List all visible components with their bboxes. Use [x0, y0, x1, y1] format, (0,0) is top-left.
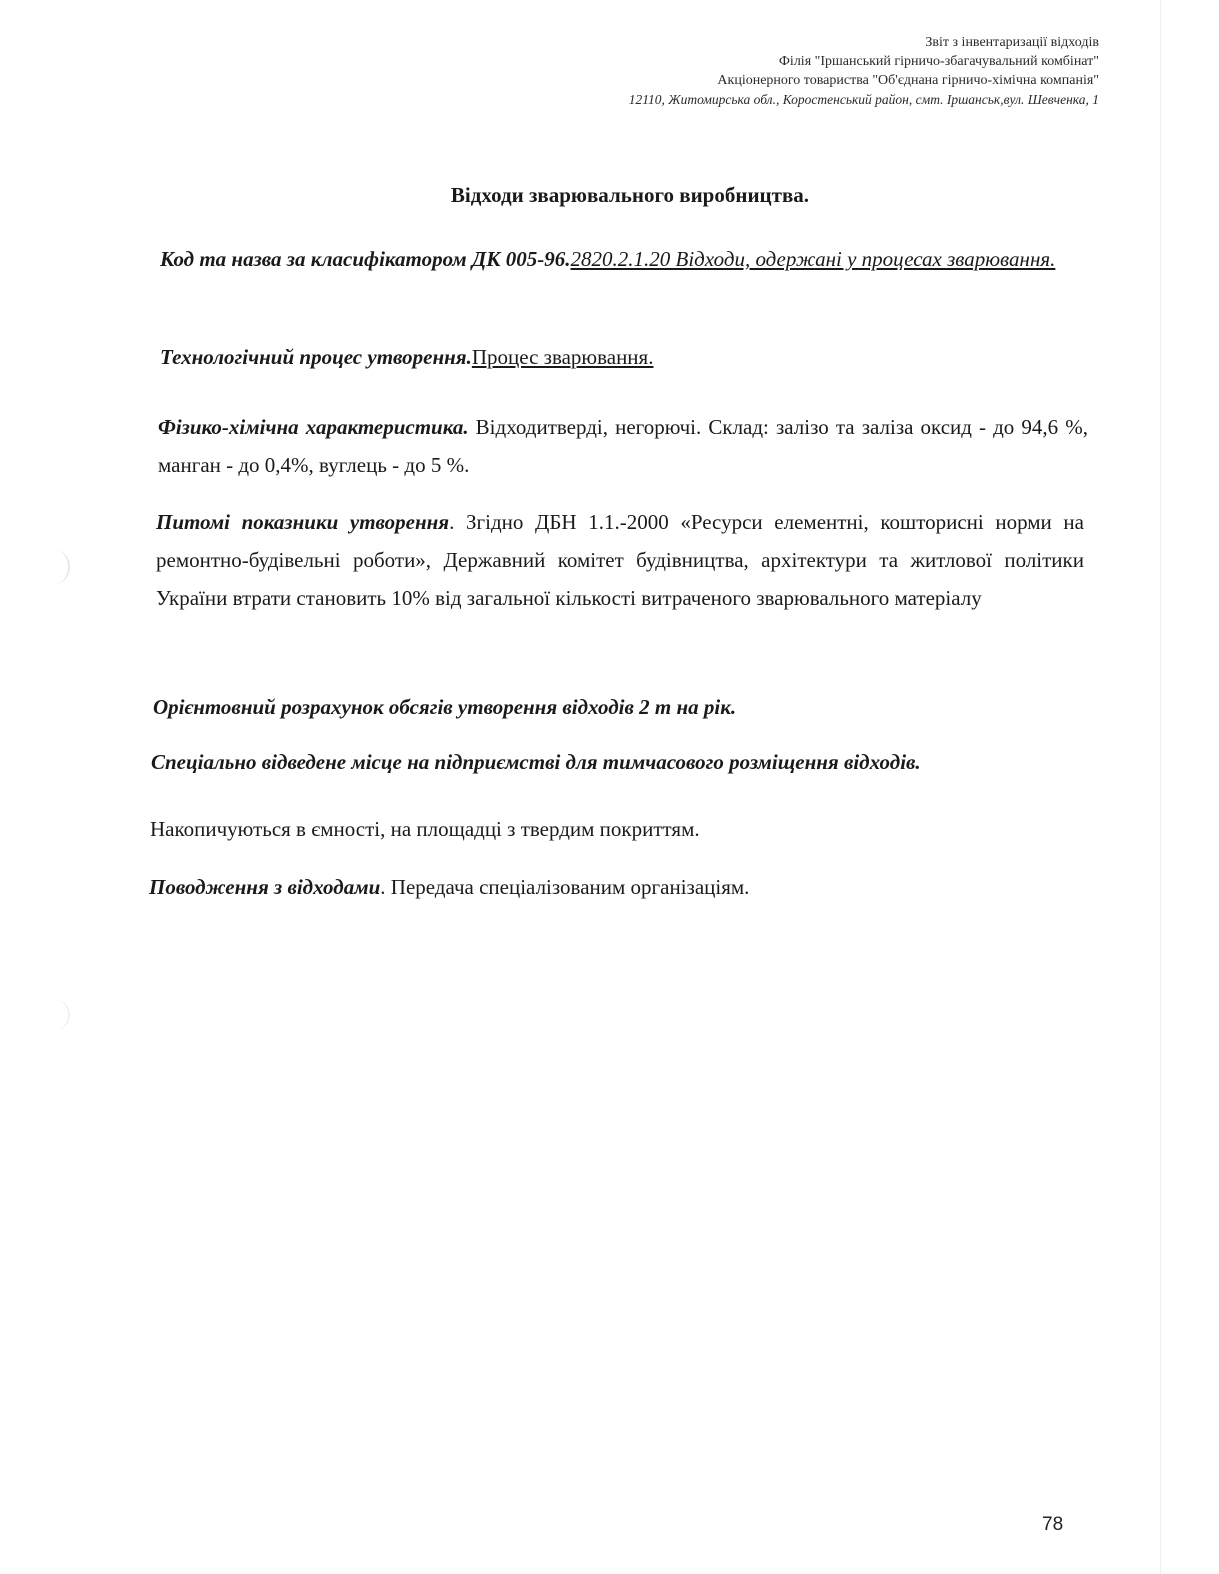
- section-classifier-code: Код та назва за класифікатором ДК 005-96…: [160, 240, 1090, 278]
- section-label: Фізико-хімічна характеристика.: [158, 415, 469, 439]
- section-value: Накопичуються в ємності, на площадці з т…: [150, 817, 700, 841]
- punch-hole-mark: [40, 550, 70, 584]
- page-title: Відходи зварювального виробництва.: [0, 183, 1219, 208]
- section-label: Спеціально відведене місце на підприємст…: [151, 750, 921, 774]
- section-label: Технологічний процес утворення.: [160, 345, 472, 369]
- page-number: 78: [1042, 1514, 1063, 1536]
- section-value: . Передача спеціалізованим організаціям.: [380, 875, 749, 899]
- section-label: Код та назва за класифікатором ДК 005-96…: [160, 247, 571, 271]
- section-value: 2820.2.1.20 Відходи, одержані у процесах…: [571, 247, 1056, 271]
- section-estimate: Орієнтовний розрахунок обсягів утворення…: [153, 688, 1083, 726]
- header-company: Акціонерного товариства "Об'єднана гірни…: [629, 71, 1099, 90]
- punch-hole-mark: [40, 1000, 70, 1030]
- document-header: Звіт з інвентаризації відходів Філія "Ір…: [629, 33, 1099, 109]
- section-process: Технологічний процес утворення.Процес зв…: [160, 338, 1090, 376]
- section-physchem: Фізико-хімічна характеристика. Відходитв…: [158, 408, 1088, 484]
- section-handling: Поводження з відходами. Передача спеціал…: [149, 868, 1079, 906]
- page-edge: [1160, 0, 1161, 1574]
- section-specific-indicators: Питомі показники утворення. Згідно ДБН 1…: [156, 503, 1084, 617]
- section-storage-value: Накопичуються в ємності, на площадці з т…: [150, 810, 1080, 848]
- section-value: Процес зварювання.: [472, 345, 654, 369]
- section-label: Поводження з відходами: [149, 875, 380, 899]
- section-label: Орієнтовний розрахунок обсягів утворення…: [153, 695, 736, 719]
- header-report-title: Звіт з інвентаризації відходів: [629, 33, 1099, 52]
- header-branch: Філія "Іршанський гірничо-збагачувальний…: [629, 52, 1099, 71]
- header-address: 12110, Житомирська обл., Коростенський р…: [629, 90, 1099, 109]
- section-storage: Спеціально відведене місце на підприємст…: [151, 743, 1081, 781]
- section-label: Питомі показники утворення: [156, 510, 449, 534]
